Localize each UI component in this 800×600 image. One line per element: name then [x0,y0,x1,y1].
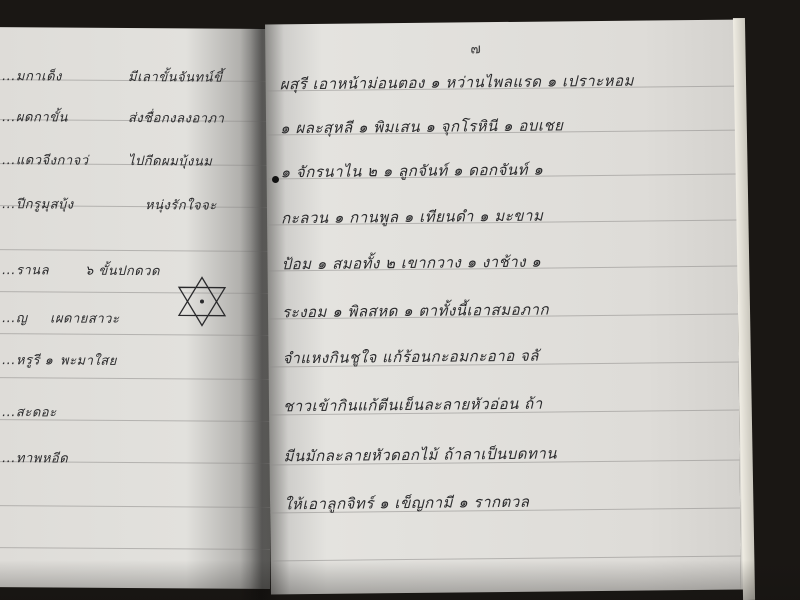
left-line-4-a: ...ปีกรูมุสบุ้ง [2,193,74,214]
left-line-8: ...สะดอะ [2,401,57,422]
left-line-3-b: ไปกีดผมบุ้งนม [128,150,212,172]
text-line-2: ๑ ผละสุหลี ๑ พิมเสน ๑ จุกโรหินี ๑ อบเชย [280,113,564,140]
left-page: ...มกาเด็ง มีเลาขั้นจันทน์ขี้ ...ผดกาขั้… [0,27,270,589]
left-line-2-b: ส่งชื่อกงลงอาภา [128,107,224,129]
left-line-6-a: ...ญ [2,307,27,328]
left-line-5-a: ...รานล [2,259,49,280]
text-line-3: ๑ จักรนาไน ๒ ๑ ลูกจันท์ ๑ ดอกจันท์ ๑ [280,158,543,185]
left-line-1-a: ...มกาเด็ง [2,65,62,86]
left-line-3-a: ...แดวจีงกาจว่ [2,149,89,171]
bottom-shadow [0,560,800,600]
text-line-9: มีนมักละลายหัวดอกไม้ ถ้าลาเป็นบดทาน [283,441,557,468]
text-line-5: ป้อม ๑ สมอทั้ง ๒ เขากวาง ๑ งาช้าง ๑ [281,250,541,277]
hexagram-diagram [175,273,230,328]
left-line-7-b: พะมาใสย [60,350,117,371]
left-line-9: ...ทาพหอีด [2,447,68,468]
left-line-4-b: หนุ่งรักใจจะ [145,194,217,216]
binding-hole [272,176,279,183]
text-line-1: ผสุรี เอาหน้าม่อนตอง ๑ หว่านไพลแรด ๑ เปร… [280,69,635,97]
text-line-10: ให้เอาลูกจิทร์ ๑ เข็ญกามี ๑ รากตวล [284,490,530,517]
text-line-4: กะลวน ๑ กานพูล ๑ เทียนดำ ๑ มะขาม [281,204,543,231]
text-line-8: ชาวเข้ากินแก้ตีนเย็นละลายหัวอ่อน ถ้า [283,392,543,419]
left-line-6-b: เผดายสาวะ [50,307,119,328]
left-line-7-a: ...หรูรี ๑ [2,349,53,370]
left-line-5-b: ๖ ขั้นปกดวด [85,260,160,282]
notebook-photo: ...มกาเด็ง มีเลาขั้นจันทน์ขี้ ...ผดกาขั้… [0,0,800,600]
left-line-1-b: มีเลาขั้นจันทน์ขี้ [128,66,222,88]
right-page: ๗ ผสุรี เอาหน้าม่อนตอง ๑ หว่านไพลแรด ๑ เ… [265,20,744,595]
text-line-7: จำแหงกินชูใจ แก้ร้อนกะอมกะอาอ จลั [282,344,539,371]
text-line-6: ระงอม ๑ พิลสหด ๑ ตาทั้งนี้เอาสมอภาก [282,298,549,325]
page-number: ๗ [470,38,481,60]
left-line-2-a: ...ผดกาขั้น [2,106,68,127]
